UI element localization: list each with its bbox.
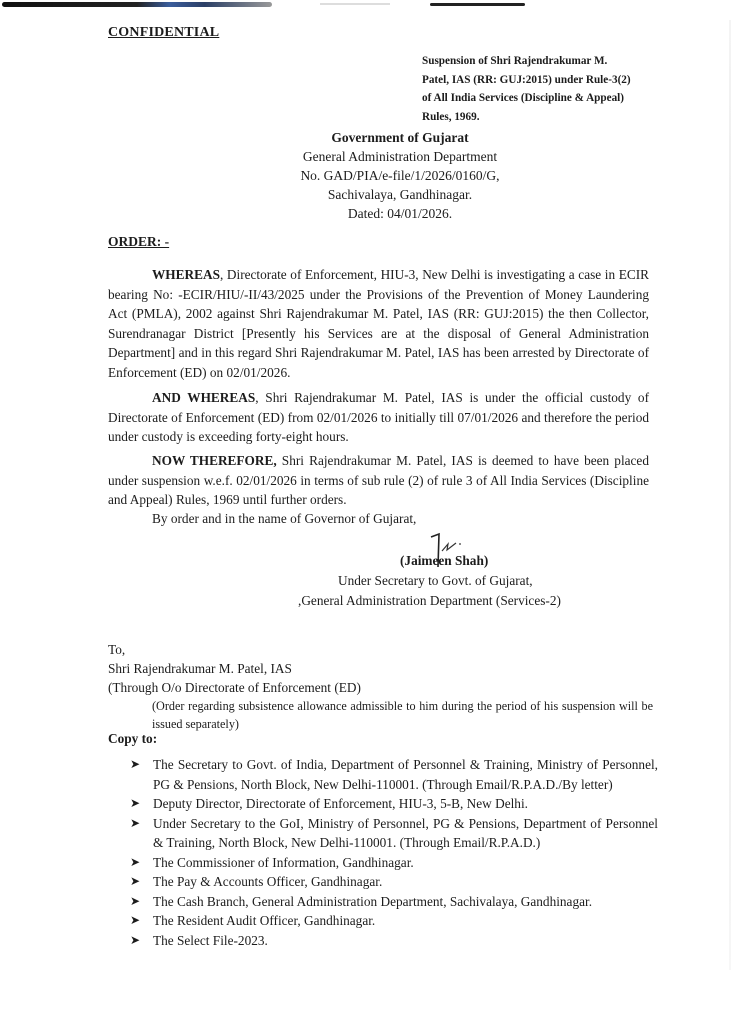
arrowhead-bullet-icon: ➤: [130, 794, 140, 814]
arrowhead-bullet-icon: ➤: [130, 892, 140, 912]
recipient-name: Shri Rajendrakumar M. Patel, IAS: [108, 659, 653, 678]
signatory-name: (Jaimeen Shah): [400, 553, 488, 569]
date: Dated: 04/01/2026.: [250, 204, 550, 223]
to-label: To,: [108, 640, 653, 659]
arrowhead-bullet-icon: ➤: [130, 911, 140, 931]
signatory-department: ,General Administration Department (Serv…: [298, 593, 561, 609]
paragraph-lead: WHEREAS: [152, 267, 220, 282]
location: Sachivalaya, Gandhinagar.: [250, 185, 550, 204]
paragraph-and-whereas: AND WHEREAS, Shri Rajendrakumar M. Patel…: [108, 388, 649, 447]
subject-line: Suspension of Shri Rajendrakumar M. Pate…: [422, 52, 637, 126]
arrowhead-bullet-icon: ➤: [130, 931, 140, 951]
by-order-line: By order and in the name of Governor of …: [152, 511, 416, 527]
arrowhead-bullet-icon: ➤: [130, 814, 140, 834]
list-item: ➤The Secretary to Govt. of India, Depart…: [128, 755, 658, 794]
signatory-title: Under Secretary to Govt. of Gujarat,: [338, 573, 533, 589]
order-heading: ORDER: -: [108, 234, 169, 250]
scan-artifact-top-left: [2, 2, 272, 7]
list-item: ➤The Cash Branch, General Administration…: [128, 892, 658, 912]
paragraph-lead: NOW THEREFORE,: [152, 453, 277, 468]
government-name: Government of Gujarat: [250, 128, 550, 147]
paragraph-now-therefore: NOW THEREFORE, Shri Rajendrakumar M. Pat…: [108, 451, 649, 510]
letterhead: Government of Gujarat General Administra…: [250, 128, 550, 223]
copy-to-heading: Copy to:: [108, 731, 157, 747]
addressee-block: To, Shri Rajendrakumar M. Patel, IAS (Th…: [108, 640, 653, 733]
scan-artifact-right-edge: [729, 20, 731, 970]
department-name: General Administration Department: [250, 147, 550, 166]
reference-number: No. GAD/PIA/e-file/1/2026/0160/G,: [250, 166, 550, 185]
list-item: ➤Under Secretary to the GoI, Ministry of…: [128, 814, 658, 853]
paragraph-whereas: WHEREAS, Directorate of Enforcement, HIU…: [108, 265, 649, 382]
list-item: ➤The Pay & Accounts Officer, Gandhinagar…: [128, 872, 658, 892]
arrowhead-bullet-icon: ➤: [130, 853, 140, 873]
list-item: ➤The Commissioner of Information, Gandhi…: [128, 853, 658, 873]
list-item: ➤The Resident Audit Officer, Gandhinagar…: [128, 911, 658, 931]
recipient-via: (Through O/o Directorate of Enforcement …: [108, 678, 653, 697]
paragraph-lead: AND WHEREAS: [152, 390, 255, 405]
subsistence-note: (Order regarding subsistence allowance a…: [108, 697, 653, 733]
scan-artifact-top-middle: [320, 3, 390, 5]
arrowhead-bullet-icon: ➤: [130, 872, 140, 892]
classification-label: CONFIDENTIAL: [108, 25, 219, 41]
paragraph-text: , Directorate of Enforcement, HIU-3, New…: [108, 267, 649, 380]
copy-to-list: ➤The Secretary to Govt. of India, Depart…: [128, 755, 658, 950]
list-item: ➤The Select File-2023.: [128, 931, 658, 951]
scan-artifact-top-right: [430, 3, 525, 6]
list-item: ➤Deputy Director, Directorate of Enforce…: [128, 794, 658, 814]
arrowhead-bullet-icon: ➤: [130, 755, 140, 775]
